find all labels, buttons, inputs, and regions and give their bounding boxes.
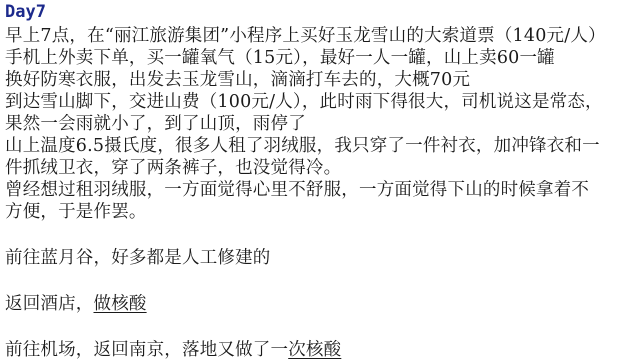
airport-line: 前往机场，返回南京，落地又做了一次核酸 <box>5 339 341 360</box>
nucleic-test-again-link[interactable]: 次核酸 <box>288 340 341 360</box>
paragraph-line: 件抓绒卫衣，穿了两条裤子，也没觉得冷。 <box>5 157 341 179</box>
paragraph-line: 早上7点，在“丽江旅游集团”小程序上买好玉龙雪山的大索道票（140元/人） <box>5 25 606 47</box>
return-hotel-text: 返回酒店， <box>5 294 94 314</box>
blue-moon-valley-line: 前往蓝月谷，好多都是人工修建的 <box>5 247 271 269</box>
return-hotel-line: 返回酒店，做核酸 <box>5 293 147 315</box>
nucleic-test-link[interactable]: 做核酸 <box>94 294 147 314</box>
paragraph-line: 方便，于是作罢。 <box>5 201 147 223</box>
document: Day7 早上7点，在“丽江旅游集团”小程序上买好玉龙雪山的大索道票（140元/… <box>0 0 640 360</box>
airport-text: 前往机场，返回南京，落地又做了一 <box>5 340 288 360</box>
paragraph-line: 曾经想过租羽绒服，一方面觉得心里不舒服，一方面觉得下山的时候拿着不 <box>5 179 589 201</box>
paragraph-line: 果然一会雨就小了，到了山顶，雨停了 <box>5 113 306 135</box>
day-title: Day7 <box>5 1 46 23</box>
paragraph-line: 换好防寒衣服，出发去玉龙雪山，滴滴打车去的，大概70元 <box>5 69 470 91</box>
paragraph-line: 山上温度6.5摄氏度，很多人租了羽绒服，我只穿了一件衬衣，加冲锋衣和一 <box>5 135 600 157</box>
paragraph-line: 手机上外卖下单，买一罐氧气（15元），最好一人一罐，山上卖60一罐 <box>5 47 555 69</box>
paragraph-line: 到达雪山脚下，交进山费（100元/人），此时雨下得很大，司机说这是常态， <box>5 91 603 113</box>
